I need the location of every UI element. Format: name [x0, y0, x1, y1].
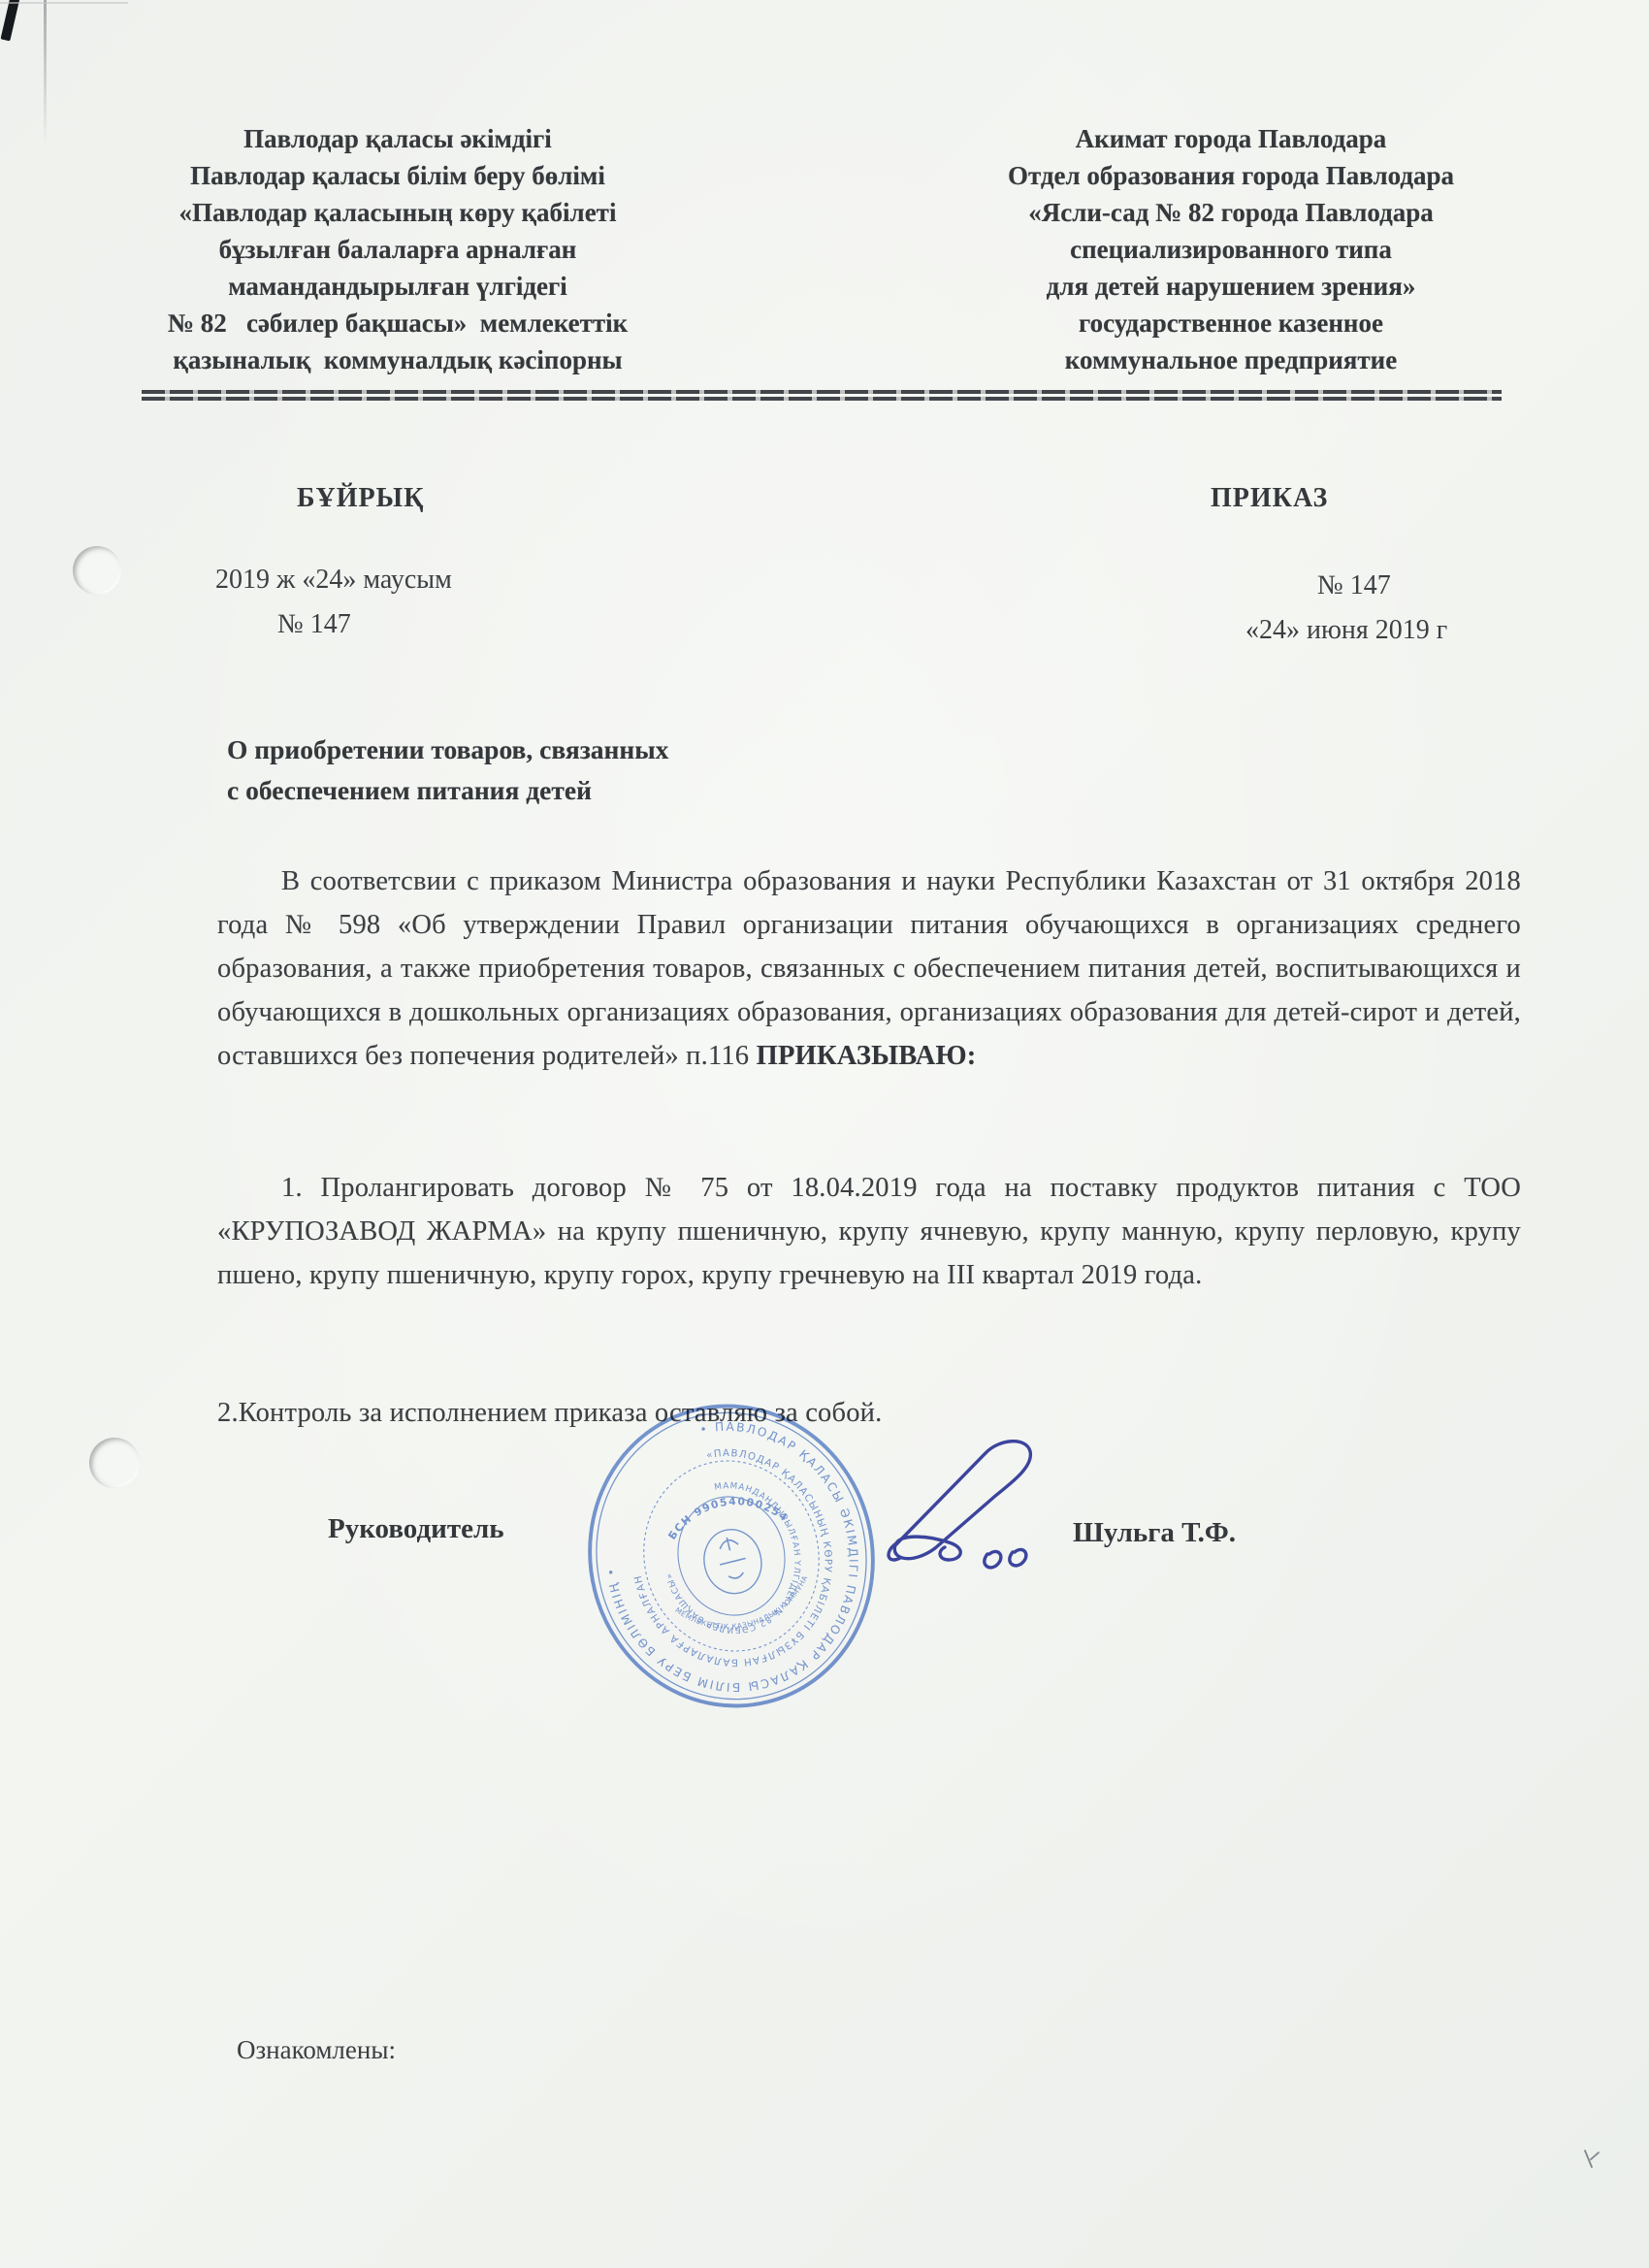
stamp-ring-outer-text: • ПАВЛОДАР ҚАЛАСЫ ӘКІМДІГІ ПАВЛОДАР ҚАЛА… [574, 1392, 889, 1721]
order-intro-paragraph: В соответсвии с приказом Министра образо… [217, 859, 1521, 1078]
scan-corner-artifact [1, 0, 21, 41]
org-line: «Павлодар қаласының көру қабілеті [144, 194, 652, 231]
pen-mark [1581, 2148, 1602, 2175]
hole-punch-bottom [89, 1438, 140, 1488]
order-subject: О приобретении товаров, связанных с обес… [227, 729, 668, 811]
acknowledged-label: Ознакомлены: [237, 2035, 396, 2065]
stamp-ring-inner-text: МАМАНДАНДЫРЫЛҒАН ҮЛГІДЕГІ № 82 СӘБИЛЕР Б… [646, 1467, 818, 1649]
order-date-ru: «24» июня 2019 г [1245, 615, 1447, 646]
org-name-kazakh: Павлодар қаласы әкімдігі Павлодар қаласы… [144, 120, 652, 378]
order-item-2: 2.Контроль за исполнением приказа оставл… [217, 1391, 1521, 1435]
org-line: для детей нарушением зрения» [953, 268, 1509, 305]
signer-role: Руководитель [328, 1513, 504, 1545]
org-line: коммунальное предприятие [953, 341, 1509, 378]
org-line: Акимат города Павлодара [953, 120, 1509, 157]
order-date-kk: 2019 ж «24» маусым [215, 565, 452, 596]
org-line: қазыналық коммуналдық кәсіпорны [144, 341, 652, 378]
org-line: Павлодар қаласы әкімдігі [144, 120, 652, 157]
org-line: № 82 сәбилер бақшасы» мемлекеттік [144, 305, 652, 341]
order-title-ru: ПРИКАЗ [1211, 483, 1328, 514]
org-line: Отдел образования города Павлодара [953, 157, 1509, 194]
signer-name: Шульга Т.Ф. [1073, 1517, 1236, 1549]
org-line: «Ясли-сад № 82 города Павлодара [953, 194, 1509, 231]
subject-line: О приобретении товаров, связанных [227, 729, 668, 770]
svg-text:• ПАВЛОДАР ҚАЛАСЫ ӘКІМДІГІ ПАВ: • ПАВЛОДАР ҚАЛАСЫ ӘКІМДІГІ ПАВЛОДАР ҚАЛА… [574, 1392, 889, 1721]
org-line: бұзылған балаларға арналған [144, 231, 652, 268]
prikazyvayu-word: ПРИКАЗЫВАЮ: [757, 1041, 977, 1071]
org-line: специализированного типа [953, 231, 1509, 268]
order-number-ru: № 147 [1317, 570, 1391, 601]
org-name-russian: Акимат города Павлодара Отдел образовани… [953, 120, 1509, 378]
org-line: мамандандырылған үлгідегі [144, 268, 652, 305]
hole-punch-top [73, 546, 121, 595]
order-title-kk: БҰЙРЫҚ [297, 483, 424, 514]
order-number-kk: № 147 [277, 609, 351, 640]
org-line: государственное казенное [953, 305, 1509, 341]
scanned-order-document: Павлодар қаласы әкімдігі Павлодар қаласы… [0, 0, 1649, 2268]
svg-text:МАМАНДАНДЫРЫЛҒАН ҮЛГІДЕГІ № 82: МАМАНДАНДЫРЫЛҒАН ҮЛГІДЕГІ № 82 СӘБИЛЕР Б… [646, 1467, 818, 1649]
scan-top-edge [0, 2, 128, 4]
scan-edge-line [44, 0, 47, 146]
org-line: Павлодар қаласы білім беру бөлімі [144, 157, 652, 194]
header-divider [142, 390, 1502, 402]
subject-line: с обеспечением питания детей [227, 770, 668, 811]
order-item-1: 1. Пролангировать договор № 75 от 18.04.… [217, 1166, 1521, 1297]
handwritten-signature [873, 1428, 1071, 1585]
